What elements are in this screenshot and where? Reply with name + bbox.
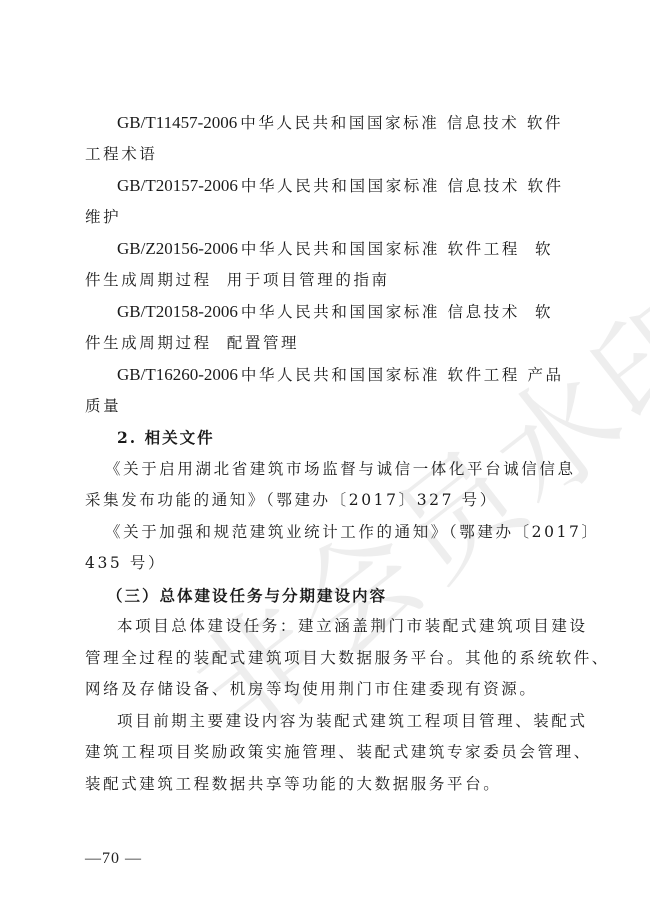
- paragraph: 本项目总体建设任务：建立涵盖荆门市装配式建筑项目建设 管理全过程的装配式建筑项目…: [85, 611, 569, 706]
- paragraph-line: 项目前期主要建设内容为装配式建筑工程项目管理、装配式: [85, 706, 569, 738]
- standard-title: 中华人民共和国国家标准 信息技术 软: [241, 303, 553, 321]
- related-doc-line-continued: 435 号）: [85, 548, 569, 580]
- paragraph: 项目前期主要建设内容为装配式建筑工程项目管理、装配式 建筑工程项目奖励政策实施管…: [85, 706, 569, 801]
- standard-title: 中华人民共和国国家标准 软件工程 软: [241, 240, 553, 258]
- related-doc-line: 《关于加强和规范建筑业统计工作的通知》（鄂建办〔2017〕: [85, 517, 569, 549]
- document-page: 非会员水印 GB/T11457-2006中华人民共和国国家标准 信息技术 软件 …: [0, 0, 650, 919]
- related-doc-line-continued: 采集发布功能的通知》（鄂建办〔2017〕327 号）: [85, 485, 569, 517]
- standard-item: GB/Z20156-2006中华人民共和国国家标准 软件工程 软 件生成周期过程…: [85, 233, 569, 296]
- standard-line: GB/T20158-2006中华人民共和国国家标准 信息技术 软: [85, 296, 569, 328]
- related-doc-item: 《关于加强和规范建筑业统计工作的通知》（鄂建办〔2017〕 435 号）: [85, 517, 569, 580]
- standard-item: GB/T16260-2006中华人民共和国国家标准 软件工程 产品 质量: [85, 359, 569, 422]
- standard-title: 中华人民共和国国家标准 软件工程 产品: [241, 366, 564, 384]
- standard-code: GB/T16260-2006: [117, 365, 238, 384]
- standard-line-continued: 维护: [85, 202, 569, 234]
- standard-line-continued: 件生成周期过程 用于项目管理的指南: [85, 265, 569, 297]
- standard-line-continued: 工程术语: [85, 139, 569, 171]
- standard-code: GB/T20158-2006: [117, 302, 238, 321]
- standard-code: GB/Z20156-2006: [117, 239, 238, 258]
- related-docs-heading: 2. 相关文件: [85, 422, 569, 454]
- standard-item: GB/T20157-2006中华人民共和国国家标准 信息技术 软件 维护: [85, 170, 569, 233]
- related-doc-line: 《关于启用湖北省建筑市场监督与诚信一体化平台诚信信息: [85, 454, 569, 486]
- paragraph-line: 网络及存储设备、机房等均使用荆门市住建委现有资源。: [85, 674, 569, 706]
- standard-title: 中华人民共和国国家标准 信息技术 软件: [241, 177, 564, 195]
- standard-line: GB/T20157-2006中华人民共和国国家标准 信息技术 软件: [85, 170, 569, 202]
- standard-item: GB/T11457-2006中华人民共和国国家标准 信息技术 软件 工程术语: [85, 107, 569, 170]
- standard-line: GB/Z20156-2006中华人民共和国国家标准 软件工程 软: [85, 233, 569, 265]
- page-content: GB/T11457-2006中华人民共和国国家标准 信息技术 软件 工程术语 G…: [85, 107, 569, 800]
- related-doc-item: 《关于启用湖北省建筑市场监督与诚信一体化平台诚信信息 采集发布功能的通知》（鄂建…: [85, 454, 569, 517]
- standard-item: GB/T20158-2006中华人民共和国国家标准 信息技术 软 件生成周期过程…: [85, 296, 569, 359]
- standard-line-continued: 件生成周期过程 配置管理: [85, 328, 569, 360]
- paragraph-line: 建筑工程项目奖励政策实施管理、装配式建筑专家委员会管理、: [85, 737, 569, 769]
- paragraph-line: 装配式建筑工程数据共享等功能的大数据服务平台。: [85, 769, 569, 801]
- standard-title: 中华人民共和国国家标准 信息技术 软件: [240, 114, 563, 132]
- section-heading: （三）总体建设任务与分期建设内容: [85, 580, 569, 612]
- standard-code: GB/T11457-2006: [117, 113, 237, 132]
- standard-line-continued: 质量: [85, 391, 569, 423]
- paragraph-line: 本项目总体建设任务：建立涵盖荆门市装配式建筑项目建设: [85, 611, 569, 643]
- standard-line: GB/T11457-2006中华人民共和国国家标准 信息技术 软件: [85, 107, 569, 139]
- standard-code: GB/T20157-2006: [117, 176, 238, 195]
- standard-line: GB/T16260-2006中华人民共和国国家标准 软件工程 产品: [85, 359, 569, 391]
- page-number: —70 —: [85, 850, 142, 868]
- paragraph-line: 管理全过程的装配式建筑项目大数据服务平台。其他的系统软件、: [85, 643, 569, 675]
